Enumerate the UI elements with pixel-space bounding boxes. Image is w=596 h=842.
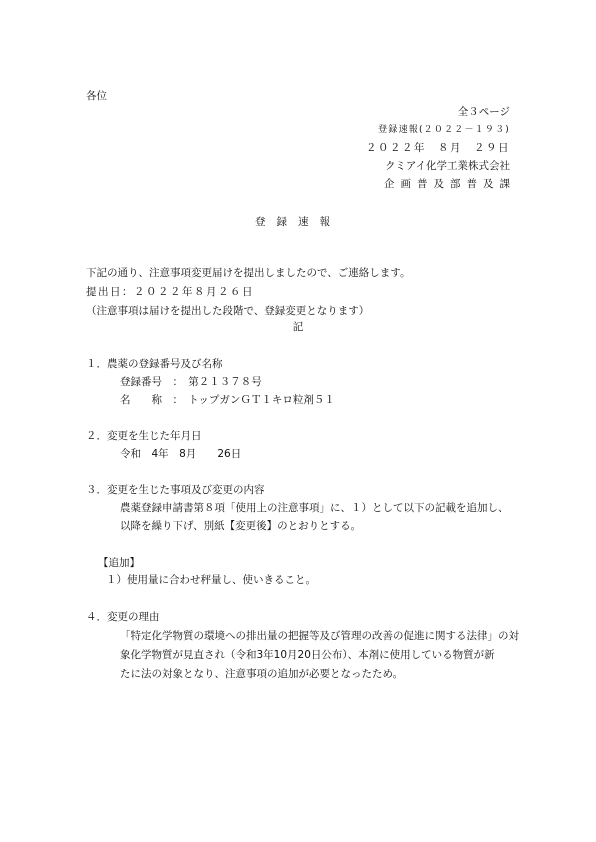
document-title: 登録速報 — [0, 215, 596, 229]
registration-number: 登録番号 ： 第２１３７８号 — [120, 375, 262, 389]
submission-date: 提出日：２０２２年８月２６日 — [86, 285, 254, 299]
reason-line-1: 「特定化学物質の環境への排出量の把握等及び管理の改善の促進に関する法律」の対 — [120, 629, 519, 643]
product-name: 名 称 ： トップガンＧＴ１キロ粒剤５１ — [120, 393, 335, 407]
change-date: 令和 4年 8月 26日 — [120, 447, 241, 461]
department-name: 企画普及部普及課 — [384, 177, 516, 191]
change-content-line-1: 農薬登録申請書第８項「使用上の注意事項」に、１）として以下の記載を追加し、 — [120, 501, 509, 515]
reason-line-3: たに法の対象となり、注意事項の追加が必要となったため。 — [120, 667, 403, 681]
reason-line-2: 象化学物質が見直され（令和3年10月20日公布）、本剤に使用している物質が新 — [120, 648, 495, 662]
intro-note: （注意事項は届けを提出した段階で、登録変更となります） — [86, 304, 369, 318]
company-name: クミアイ化学工業株式会社 — [385, 159, 510, 173]
section-2-heading: ２．変更を生じた年月日 — [86, 429, 202, 443]
addition-label: 【追加】 — [98, 556, 140, 570]
reference-number: 登録速報(２０２２－１９３) — [378, 123, 510, 137]
total-pages: 全３ページ — [458, 105, 510, 119]
section-1-heading: １．農薬の登録番号及び名称 — [86, 357, 223, 371]
addressee: 各位 — [86, 89, 107, 103]
section-3-heading: ３．変更を生じた事項及び変更の内容 — [86, 483, 265, 497]
section-4-heading: ４．変更の理由 — [86, 610, 160, 624]
issue-date: ２０２２年 ８月 ２９日 — [366, 141, 510, 155]
ki-heading: 記 — [0, 320, 596, 334]
change-content-line-2: 以降を繰り下げ、別紙【変更後】のとおりとする。 — [120, 519, 361, 533]
addition-item: １）使用量に合わせ秤量し、使いきること。 — [106, 573, 316, 587]
intro-text: 下記の通り、注意事項変更届けを提出しましたので、ご連絡します。 — [86, 266, 410, 280]
